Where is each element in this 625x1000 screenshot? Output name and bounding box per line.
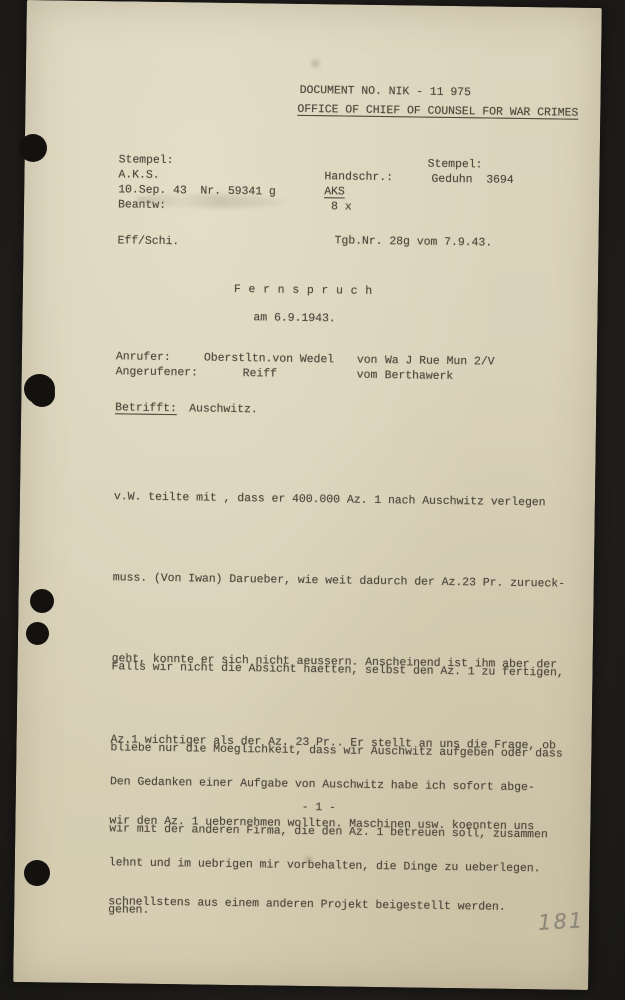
document-number: DOCUMENT NO. NIK - 11 975: [300, 84, 471, 100]
paper-stain: [311, 59, 320, 68]
stamp-right-line1: Geduhn 3694: [431, 173, 513, 188]
paragraph-2-line: Falls wir nicht die Absicht haetten, sel…: [111, 653, 564, 686]
paragraph-3-line: lehnt und im uebrigen mir vorbehalten, d…: [109, 849, 541, 882]
caller-name: Oberstltn.von Wedel: [204, 352, 334, 368]
stamp-left-line1: A.K.S.: [118, 168, 159, 183]
paragraph-1-line: muss. (Von Iwan) Darueber, wie weit dadu…: [113, 564, 566, 597]
handschr-line2: 8 x: [331, 200, 352, 214]
ref-initials: Eff/Schi.: [117, 234, 179, 249]
caller-org: Wa J Rue Mun 2/V: [385, 354, 495, 370]
paragraph-1-line: v.W. teilte mit , dass er 400.000 Az. 1 …: [114, 483, 567, 516]
office-of-counsel-line: OFFICE OF CHIEF OF COUNSEL FOR WAR CRIME…: [297, 103, 578, 121]
callee-label: Angerufener:: [116, 365, 198, 380]
callee-org: Berthawerk: [385, 369, 454, 384]
callee-name: Reiff: [243, 367, 277, 381]
caller-label: Anrufer:: [116, 350, 171, 365]
handschr-line1: AKS: [324, 185, 345, 199]
subject-value: Auschwitz.: [189, 402, 258, 417]
pencil-archive-number: 181: [537, 908, 584, 935]
scan-background: DOCUMENT NO. NIK - 11 975 OFFICE OF CHIE…: [0, 0, 625, 1000]
caller-via: von: [357, 354, 378, 368]
callee-via: vom: [357, 369, 378, 383]
paragraph-3: Den Gedanken einer Aufgabe von Auschwitz…: [108, 714, 543, 936]
punch-hole: [26, 622, 49, 645]
stamp-right-label: Stempel:: [428, 158, 483, 173]
stamp-left-label: Stempel:: [119, 153, 174, 168]
punch-hole: [30, 589, 54, 613]
punch-hole: [24, 860, 50, 886]
paragraph-3-line: Den Gedanken einer Aufgabe von Auschwitz…: [110, 768, 542, 801]
document-page: DOCUMENT NO. NIK - 11 975 OFFICE OF CHIE…: [13, 0, 602, 990]
subject-label: Betrifft:: [115, 401, 177, 416]
punch-hole: [19, 134, 47, 162]
ref-tgb-number: Tgb.Nr. 28g vom 7.9.43.: [334, 234, 492, 250]
document-date: am 6.9.1943.: [253, 311, 335, 326]
document-title: F e r n s p r u c h: [234, 283, 373, 299]
paper-stain: [305, 856, 313, 864]
page-number: - 1 -: [302, 801, 336, 815]
punch-hole: [24, 374, 55, 404]
handschr-label: Handschr.:: [324, 170, 393, 185]
